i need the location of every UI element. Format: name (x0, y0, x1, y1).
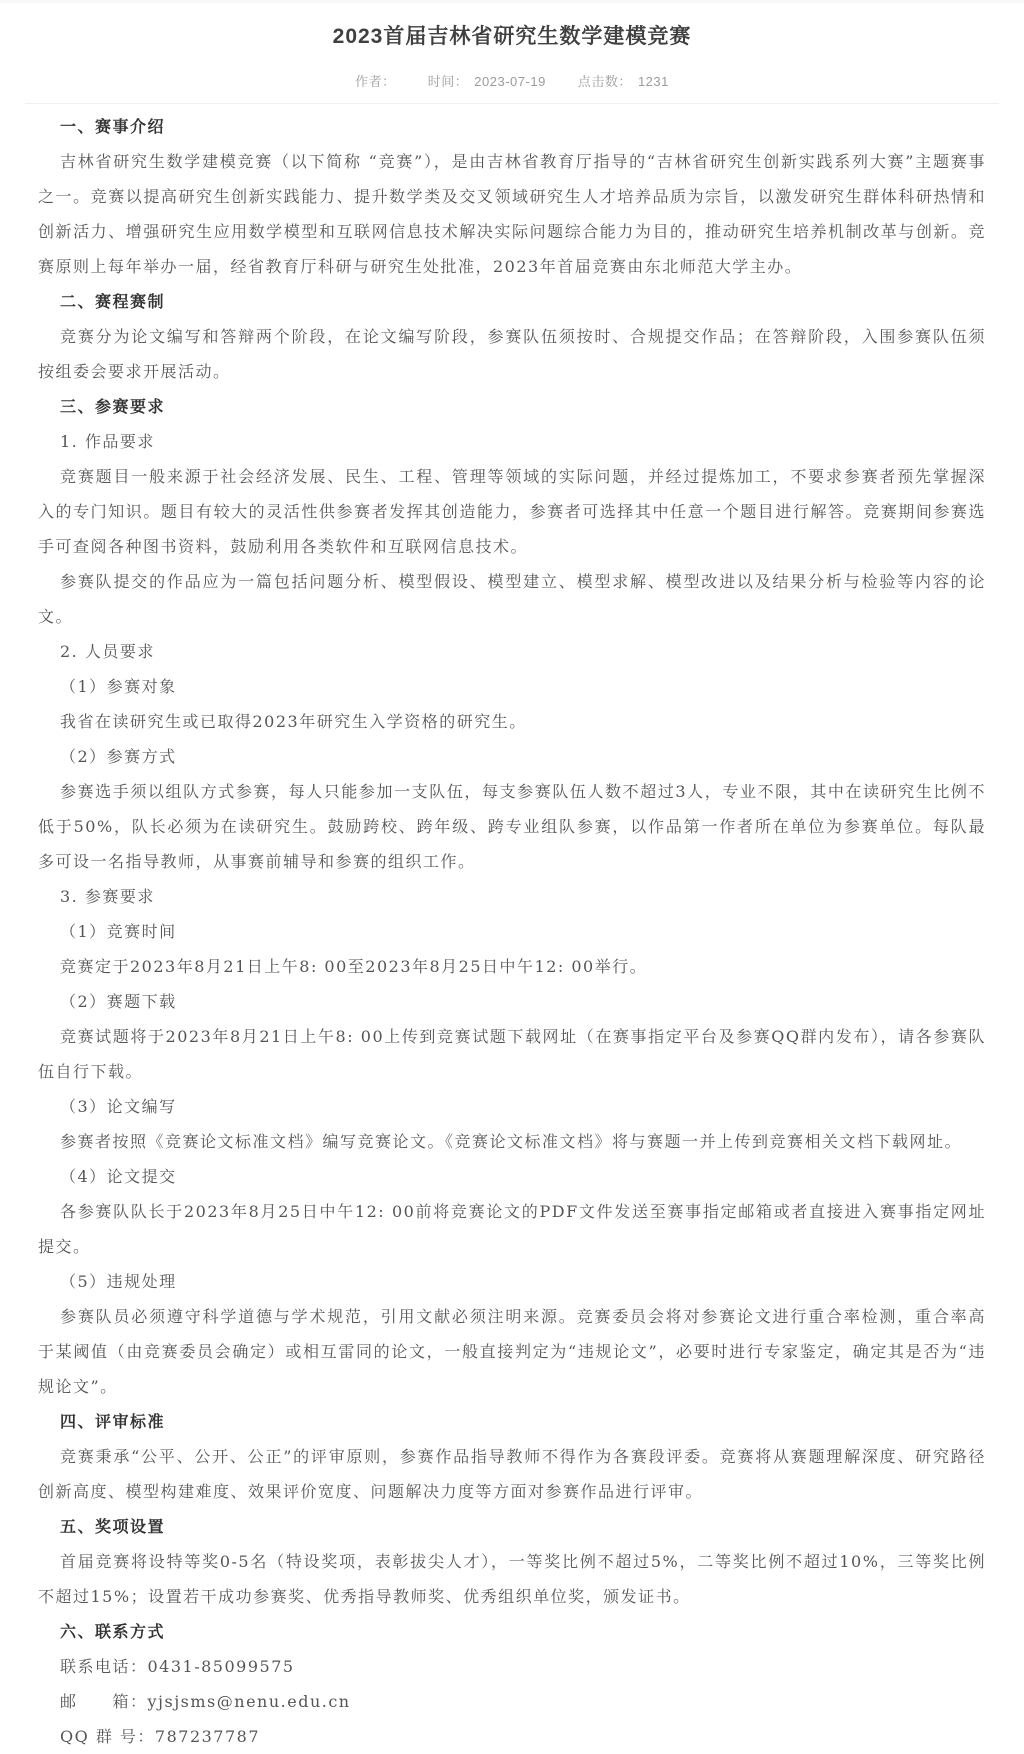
sub-heading: 3. 参赛要求 (38, 879, 986, 914)
paragraph: 吉林省研究生数学建模竞赛（以下简称 “竞赛”），是由吉林省教育厅指导的“吉林省研… (38, 144, 986, 284)
sub-heading: （3）论文编写 (38, 1089, 986, 1124)
article-meta: 作者： 时间：2023-07-19 点击数：1231 (38, 71, 986, 90)
section-heading: 三、参赛要求 (38, 389, 986, 424)
paragraph: 我省在读研究生或已取得2023年研究生入学资格的研究生。 (38, 704, 986, 739)
meta-author-label: 作者： (355, 74, 396, 89)
sub-heading: 1. 作品要求 (38, 424, 986, 459)
meta-hits-label: 点击数： (578, 74, 632, 89)
article-header: 2023首届吉林省研究生数学建模竞赛 作者： 时间：2023-07-19 点击数… (38, 3, 986, 104)
meta-hits: 点击数：1231 (578, 74, 669, 89)
paragraph: 参赛者按照《竞赛论文标准文档》编写竞赛论文。《竞赛论文标准文档》将与赛题一并上传… (38, 1124, 986, 1159)
meta-author: 作者： (355, 74, 400, 89)
meta-time-label: 时间： (428, 74, 469, 89)
section-heading: 一、赛事介绍 (38, 109, 986, 144)
paragraph: QQ 群 号：787237787 (38, 1719, 986, 1754)
paragraph: 首届竞赛将设特等奖0-5名（特设奖项，表彰拔尖人才），一等奖比例不超过5%，二等… (38, 1544, 986, 1614)
paragraph: 竞赛试题将于2023年8月21日上午8: 00上传到竞赛试题下载网址（在赛事指定… (38, 1019, 986, 1089)
article-page: 2023首届吉林省研究生数学建模竞赛 作者： 时间：2023-07-19 点击数… (0, 3, 1024, 1754)
paragraph: 参赛队员必须遵守科学道德与学术规范，引用文献必须注明来源。竞赛委员会将对参赛论文… (38, 1299, 986, 1404)
paragraph: 竞赛定于2023年8月21日上午8: 00至2023年8月25日中午12: 00… (38, 949, 986, 984)
page-title: 2023首届吉林省研究生数学建模竞赛 (38, 20, 986, 50)
section-heading: 二、赛程赛制 (38, 284, 986, 319)
sub-heading: （2）赛题下载 (38, 984, 986, 1019)
sub-heading: （1）竞赛时间 (38, 914, 986, 949)
meta-time-value: 2023-07-19 (474, 74, 546, 89)
section-heading: 四、评审标准 (38, 1404, 986, 1439)
article-body: 一、赛事介绍吉林省研究生数学建模竞赛（以下简称 “竞赛”），是由吉林省教育厅指导… (38, 104, 986, 1754)
paragraph: 竞赛秉承“公平、公开、公正”的评审原则，参赛作品指导教师不得作为各赛段评委。竞赛… (38, 1439, 986, 1509)
section-heading: 六、联系方式 (38, 1614, 986, 1649)
paragraph: 参赛选手须以组队方式参赛，每人只能参加一支队伍，每支参赛队伍人数不超过3人，专业… (38, 774, 986, 879)
paragraph: 竞赛题目一般来源于社会经济发展、民生、工程、管理等领域的实际问题，并经过提炼加工… (38, 459, 986, 564)
sub-heading: （4）论文提交 (38, 1159, 986, 1194)
sub-heading: （2）参赛方式 (38, 739, 986, 774)
paragraph: 参赛队提交的作品应为一篇包括问题分析、模型假设、模型建立、模型求解、模型改进以及… (38, 564, 986, 634)
paragraph: 邮 箱：yjsjsms@nenu.edu.cn (38, 1684, 986, 1719)
section-heading: 五、奖项设置 (38, 1509, 986, 1544)
meta-time: 时间：2023-07-19 (428, 74, 550, 89)
sub-heading: （5）违规处理 (38, 1264, 986, 1299)
paragraph: 竞赛分为论文编写和答辩两个阶段，在论文编写阶段，参赛队伍须按时、合规提交作品；在… (38, 319, 986, 389)
sub-heading: 2. 人员要求 (38, 634, 986, 669)
paragraph: 各参赛队队长于2023年8月25日中午12: 00前将竞赛论文的PDF文件发送至… (38, 1194, 986, 1264)
paragraph: 联系电话：0431-85099575 (38, 1649, 986, 1684)
sub-heading: （1）参赛对象 (38, 669, 986, 704)
meta-hits-value: 1231 (638, 74, 669, 89)
